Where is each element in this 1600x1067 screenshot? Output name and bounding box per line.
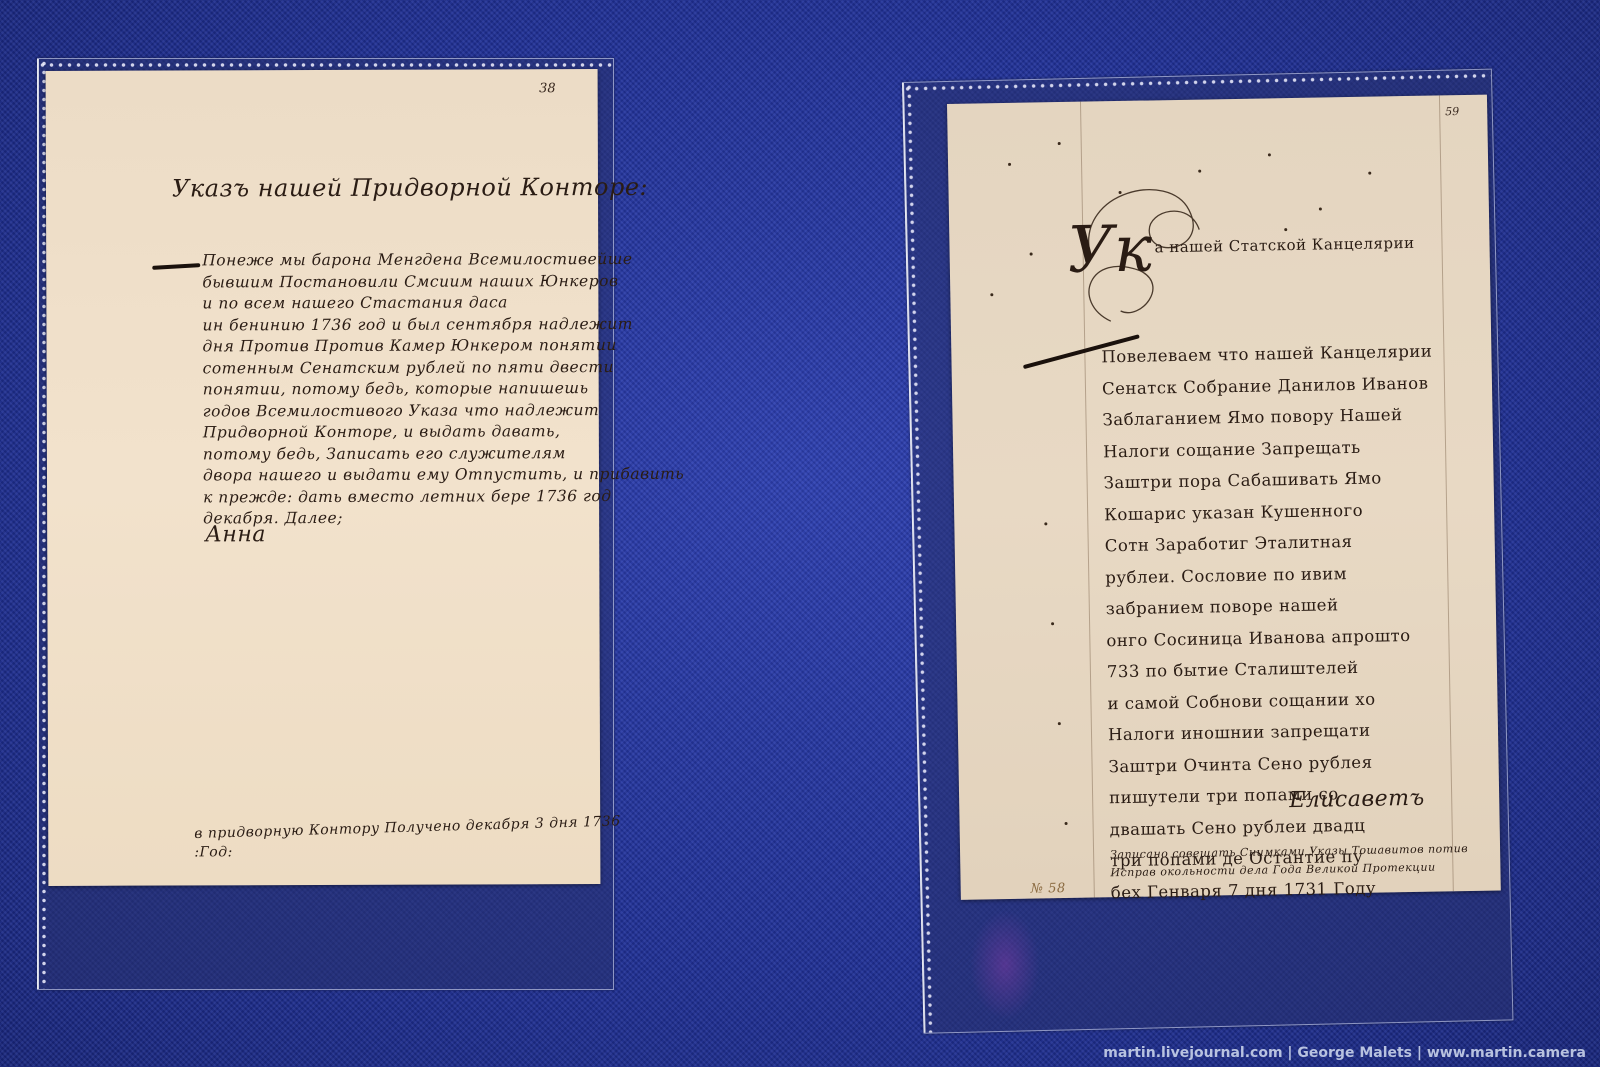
ink-speck — [1284, 228, 1287, 231]
ink-speck — [1198, 170, 1201, 173]
ink-speck — [1058, 722, 1061, 725]
purple-light-reflection — [970, 910, 1040, 1020]
sleeve-perforation-top — [38, 61, 613, 69]
sleeve-edge — [37, 59, 39, 989]
right-heading: а нашей Статской Канцелярии — [1154, 234, 1414, 257]
ink-speck — [1058, 142, 1061, 145]
ink-speck — [1051, 622, 1054, 625]
text-line: к прежде: дать вместо летних бере 1736 г… — [203, 485, 684, 508]
left-document-body: Понеже мы барона Менгдена Всемилостивейш… — [202, 249, 684, 530]
text-line: декабря. Далее; — [203, 507, 684, 530]
photo-credit-watermark: martin.livejournal.com | George Malets |… — [1103, 1045, 1586, 1061]
ink-speck — [990, 293, 993, 296]
text-line: дня Против Против Камер Юнкером понятии — [203, 335, 684, 358]
text-line: Понеже мы барона Менгдена Всемилостивейш… — [202, 249, 683, 272]
sleeve-perforation-top — [903, 72, 1491, 93]
margin-rule-right — [1439, 95, 1454, 891]
ink-speck — [1368, 172, 1371, 175]
right-signature: Елисаветъ — [1289, 786, 1425, 813]
left-page-number: 38 — [539, 81, 556, 96]
left-signature: Анна — [205, 522, 266, 547]
text-line: годов Всемилостивого Указа что надлежит — [203, 399, 684, 422]
text-line: двора нашего и выдати ему Отпустить, и п… — [203, 464, 684, 487]
ink-speck — [1119, 191, 1122, 194]
text-line: бывшим Постановили Смсиим наших Юнкеров — [202, 270, 683, 293]
ink-speck — [1030, 253, 1033, 256]
text-line: потому бедь, Записать его служителям — [203, 442, 684, 465]
ink-speck — [1268, 153, 1271, 156]
left-initial-stroke — [152, 263, 200, 270]
text-line: ин бенинию 1736 год и был сентября надле… — [202, 313, 683, 336]
left-document-title: Указъ нашей Придворной Конторе: — [172, 173, 648, 203]
text-line: сотенным Сенатским рублей по пяти двести — [203, 356, 684, 379]
ink-speck — [1044, 522, 1047, 525]
right-heading-initial: Ук — [1067, 212, 1153, 287]
right-page-number: 59 — [1445, 105, 1459, 118]
left-footer-line-2: :Год: — [194, 842, 233, 864]
right-document-page: 59 Ук а нашей Статской Канцелярии Повеле… — [947, 95, 1501, 900]
right-corner-note: № 58 — [1031, 880, 1066, 899]
right-document-body: Повелеваем что нашей Канцелярии Сенатск … — [1101, 336, 1442, 909]
text-line: и по всем нашего Стастания даса — [202, 292, 683, 315]
left-document-page: 38 Указъ нашей Придворной Конторе: Понеж… — [46, 69, 601, 886]
ink-speck — [1008, 163, 1011, 166]
ink-speck — [1319, 207, 1322, 210]
text-line: Придворной Конторе, и выдать давать, — [203, 421, 684, 444]
left-footer-line-1: в придворную Контору Получено декабря 3 … — [194, 811, 621, 845]
ink-speck — [1065, 822, 1068, 825]
text-line: понятии, потому бедь, которые напишешь — [203, 378, 684, 401]
